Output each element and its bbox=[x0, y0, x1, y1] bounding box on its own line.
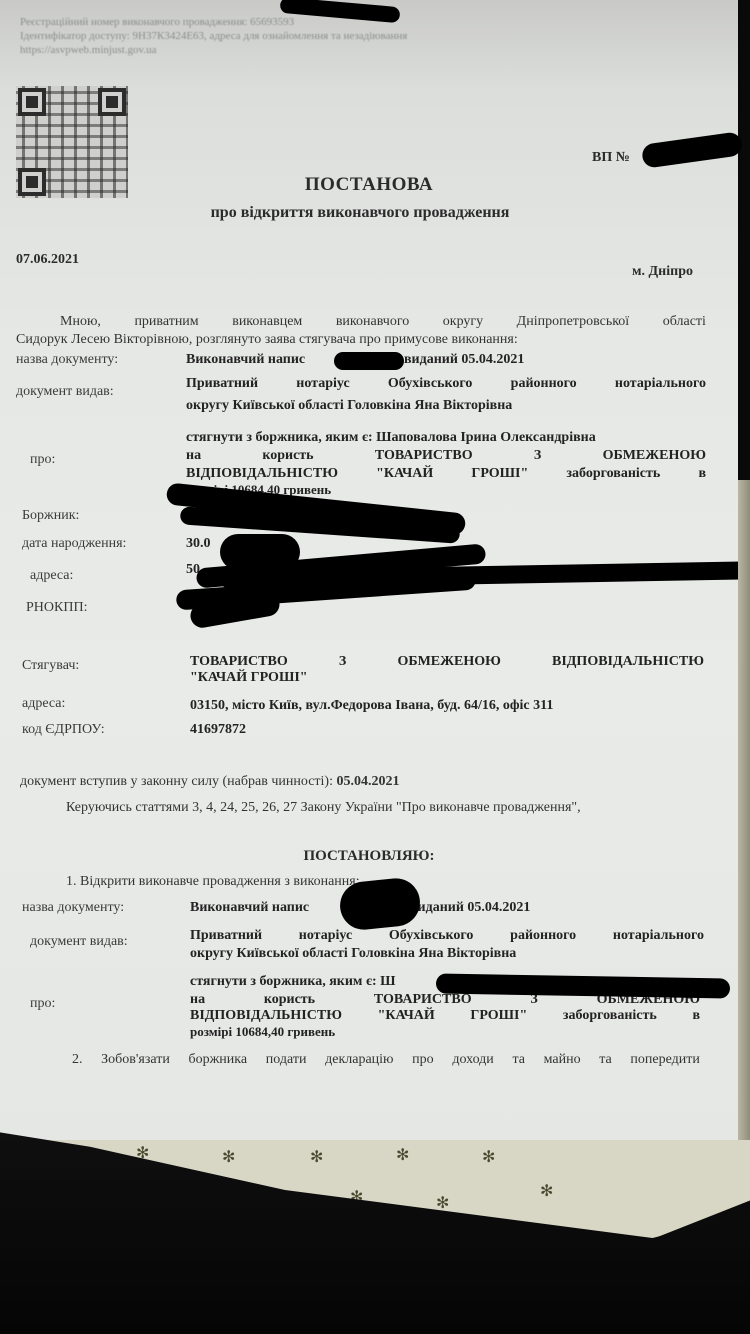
word: на bbox=[186, 448, 201, 464]
website-line: https://asvpweb.minjust.gov.ua bbox=[20, 44, 156, 57]
doc-name-value-b: виданий 05.04.2021 bbox=[410, 900, 530, 916]
word: Приватний bbox=[186, 376, 258, 392]
about-line-4: розмірі 10684,40 гривень bbox=[190, 1024, 335, 1040]
word: ТОВАРИСТВО bbox=[374, 992, 472, 1008]
word: попередити bbox=[630, 1052, 699, 1068]
flower-pattern-icon: ✻ bbox=[222, 1150, 235, 1166]
flower-pattern-icon: ✻ bbox=[396, 1148, 409, 1164]
word: ВІДПОВІДАЛЬНІСТЮ bbox=[552, 654, 704, 670]
word: Мною, bbox=[60, 314, 101, 330]
item-2-text: 2. Зобов'язати боржника подати деклараці… bbox=[72, 1052, 700, 1068]
dob-label: дата народження: bbox=[22, 536, 126, 552]
registration-number-line: Реєстраційний номер виконавчого провадже… bbox=[20, 16, 294, 29]
document-date: 07.06.2021 bbox=[16, 252, 79, 268]
issued-by-line-1: Приватний нотаріус Обухівського районног… bbox=[186, 376, 706, 392]
doc-name-label: назва документу: bbox=[16, 352, 118, 368]
word: районного bbox=[511, 376, 577, 392]
paper-edge bbox=[738, 480, 750, 1150]
debtor-label: Боржник: bbox=[22, 508, 79, 524]
issued-by-line-2: округу Київської області Головкіна Яна В… bbox=[190, 946, 516, 962]
page-subtitle: про відкриття виконавчого провадження bbox=[0, 204, 720, 222]
debtor-address-label: адреса: bbox=[30, 568, 73, 584]
effective-date: 05.04.2021 bbox=[336, 774, 399, 789]
qr-finder-icon bbox=[98, 88, 126, 116]
doc-number-redaction bbox=[334, 352, 404, 370]
word: ВІДПОВІДАЛЬНІСТЮ bbox=[190, 1008, 342, 1024]
word: нотаріус bbox=[299, 928, 352, 944]
word: приватним bbox=[134, 314, 198, 330]
word: Зобов'язати bbox=[101, 1052, 170, 1068]
qr-finder-icon bbox=[18, 88, 46, 116]
resolve-heading: ПОСТАНОВЛЯЮ: bbox=[0, 848, 738, 865]
tax-id-label: РНОКПП: bbox=[26, 600, 87, 616]
word: Приватний bbox=[190, 928, 262, 944]
word: Обухівського bbox=[388, 376, 473, 392]
page-title: ПОСТАНОВА bbox=[0, 174, 738, 196]
document-city: м. Дніпро bbox=[632, 264, 693, 280]
word: заборгованість bbox=[563, 1008, 657, 1024]
word: З bbox=[339, 654, 346, 670]
flower-pattern-icon: ✻ bbox=[540, 1184, 553, 1200]
about-line-1: стягнути з боржника, яким є: Ш bbox=[190, 974, 396, 990]
word: користь bbox=[264, 992, 315, 1008]
issued-by-label: документ видав: bbox=[30, 934, 128, 950]
flower-pattern-icon: ✻ bbox=[310, 1150, 323, 1166]
word: декларацію bbox=[325, 1052, 393, 1068]
word: заборгованість bbox=[566, 466, 660, 482]
flower-pattern-icon: ✻ bbox=[436, 1196, 449, 1212]
about-line-2: на користь ТОВАРИСТВО З ОБМЕЖЕНОЮ bbox=[186, 448, 706, 464]
word: та bbox=[512, 1052, 525, 1068]
intro-line-2: Сидорук Лесею Вікторівною, розглянуто за… bbox=[16, 332, 518, 348]
effective-line: документ вступив у законну силу (набрав … bbox=[20, 774, 399, 790]
effective-label: документ вступив у законну силу (набрав … bbox=[20, 774, 333, 789]
word: на bbox=[190, 992, 205, 1008]
word: Обухівського bbox=[389, 928, 474, 944]
issued-by-label: документ видав: bbox=[16, 384, 114, 400]
word: нотаріального bbox=[615, 376, 706, 392]
word: виконавчого bbox=[336, 314, 409, 330]
word: доходи bbox=[452, 1052, 493, 1068]
document-page: Реєстраційний номер виконавчого провадже… bbox=[0, 0, 738, 1150]
item-1-text: 1. Відкрити виконавче провадження з вико… bbox=[66, 874, 360, 890]
legal-basis: Керуючись статтями 3, 4, 24, 25, 26, 27 … bbox=[66, 800, 581, 816]
word: ОБМЕЖЕНОЮ bbox=[603, 448, 706, 464]
word: подати bbox=[266, 1052, 307, 1068]
word: майно bbox=[544, 1052, 581, 1068]
word: 2. bbox=[72, 1052, 83, 1068]
doc-number-redaction bbox=[338, 876, 423, 932]
edrpou-label: код ЄДРПОУ: bbox=[22, 722, 105, 738]
case-number-redaction bbox=[641, 131, 743, 169]
word: виконавцем bbox=[232, 314, 302, 330]
case-number-label: ВП № bbox=[592, 150, 630, 166]
doc-name-value-b: виданий 05.04.2021 bbox=[404, 352, 524, 368]
about-label: про: bbox=[30, 996, 55, 1012]
word: боржника bbox=[189, 1052, 248, 1068]
word: в bbox=[692, 1008, 700, 1024]
creditor-address-value: 03150, місто Київ, вул.Федорова Івана, б… bbox=[190, 698, 553, 714]
about-line-1: стягнути з боржника, яким є: Шаповалова … bbox=[186, 430, 596, 446]
about-line-3: ВІДПОВІДАЛЬНІСТЮ "КАЧАЙ ГРОШІ" заборгова… bbox=[186, 466, 706, 482]
intro-line-1: Мною, приватним виконавцем виконавчого о… bbox=[60, 314, 706, 330]
flower-pattern-icon: ✻ bbox=[482, 1150, 495, 1166]
word: ВІДПОВІДАЛЬНІСТЮ bbox=[186, 466, 338, 482]
redaction-mark bbox=[280, 0, 401, 23]
word: та bbox=[599, 1052, 612, 1068]
word: користь bbox=[262, 448, 313, 464]
doc-name-value-a: Виконавчий напис bbox=[186, 352, 305, 368]
edrpou-value: 41697872 bbox=[190, 722, 246, 738]
word: районного bbox=[510, 928, 576, 944]
word: округу bbox=[443, 314, 483, 330]
word: про bbox=[412, 1052, 434, 1068]
creditor-name-line-2: "КАЧАЙ ГРОШІ" bbox=[190, 670, 308, 686]
issued-by-line-2: округу Київської області Головкіна Яна В… bbox=[186, 398, 512, 414]
word: ТОВАРИСТВО bbox=[375, 448, 473, 464]
access-id-line: Ідентифікатор доступу: 9Н37К3424Е63, адр… bbox=[20, 30, 407, 43]
creditor-name-line-1: ТОВАРИСТВО З ОБМЕЖЕНОЮ ВІДПОВІДАЛЬНІСТЮ bbox=[190, 654, 704, 670]
word: ТОВАРИСТВО bbox=[190, 654, 288, 670]
word: "КАЧАЙ bbox=[378, 1008, 435, 1024]
word: області bbox=[663, 314, 706, 330]
word: ГРОШІ" bbox=[470, 1008, 527, 1024]
doc-name-label: назва документу: bbox=[22, 900, 124, 916]
word: "КАЧАЙ bbox=[376, 466, 433, 482]
issued-by-line-1: Приватний нотаріус Обухівського районног… bbox=[190, 928, 704, 944]
word: нотаріус bbox=[296, 376, 349, 392]
word: в bbox=[698, 466, 706, 482]
creditor-address-label: адреса: bbox=[22, 696, 65, 712]
word: З bbox=[534, 448, 541, 464]
about-line-3: ВІДПОВІДАЛЬНІСТЮ "КАЧАЙ ГРОШІ" заборгова… bbox=[190, 1008, 700, 1024]
about-label: про: bbox=[30, 452, 55, 468]
word: ГРОШІ" bbox=[471, 466, 528, 482]
creditor-label: Стягувач: bbox=[22, 658, 79, 674]
word: Дніпропетровської bbox=[517, 314, 630, 330]
dob-value: 30.0 bbox=[186, 536, 211, 552]
doc-name-value-a: Виконавчий напис bbox=[190, 900, 309, 916]
word: ОБМЕЖЕНОЮ bbox=[397, 654, 500, 670]
word: нотаріального bbox=[613, 928, 704, 944]
